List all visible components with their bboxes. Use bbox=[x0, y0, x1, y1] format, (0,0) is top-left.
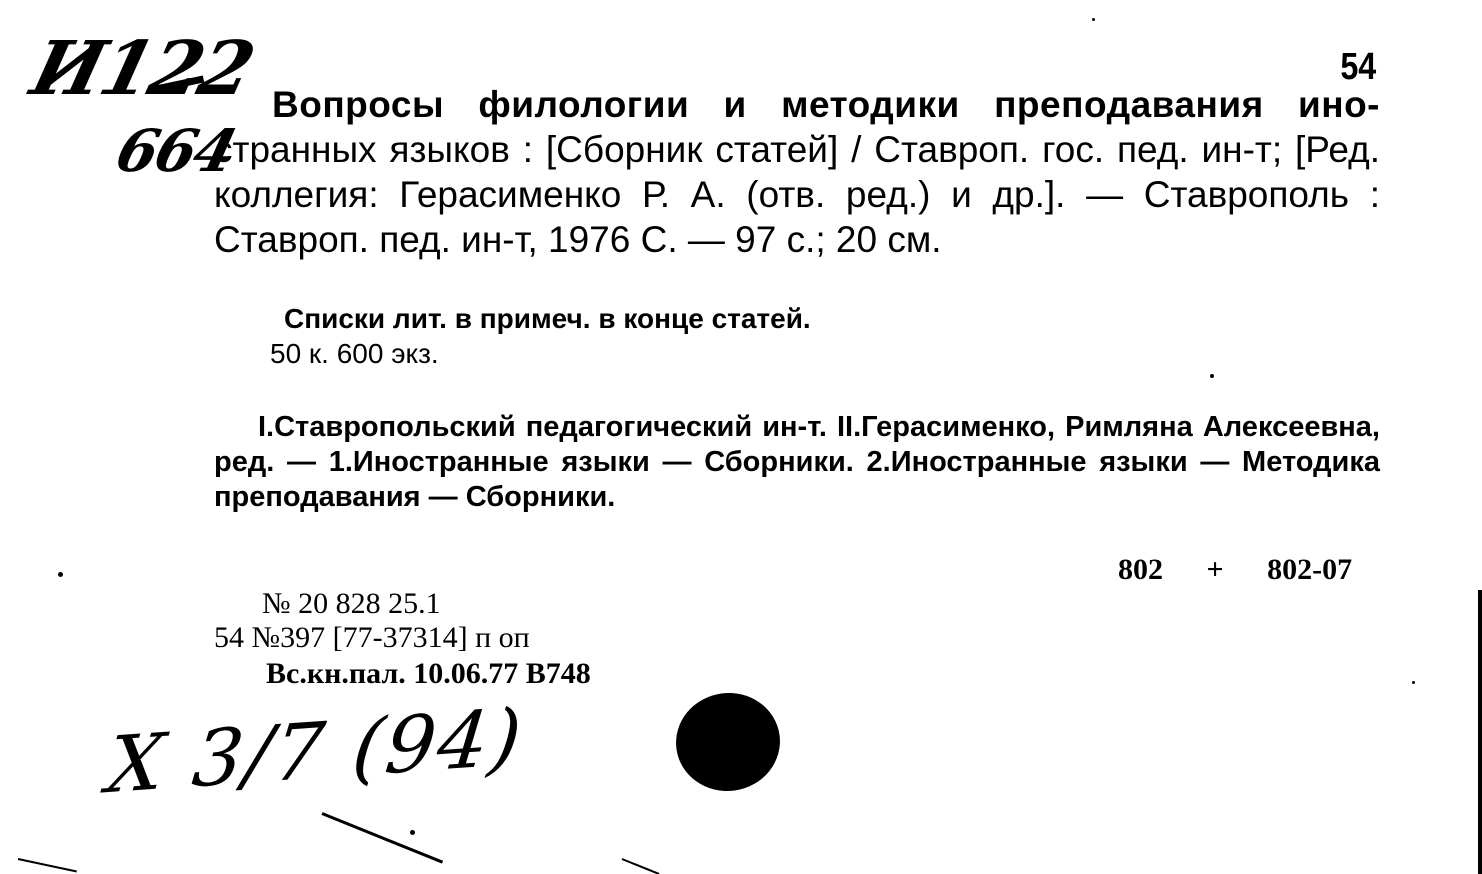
technical-line-1: № 20 828 25.1 bbox=[262, 587, 441, 621]
bibliography-note: Списки лит. в примеч. в конце статей. bbox=[284, 302, 811, 336]
classification-right: 802-07 bbox=[1267, 553, 1352, 586]
speck bbox=[1412, 681, 1415, 684]
classification: 802 + 802-07 bbox=[1118, 553, 1352, 587]
handwritten-note: Х 3/7 (94) bbox=[104, 698, 527, 806]
pen-stroke bbox=[321, 812, 443, 863]
main-entry: Вопросы филологии и методики преподавани… bbox=[214, 82, 1380, 262]
punch-hole bbox=[670, 686, 787, 798]
tracings: I.Ставропольский педагогический ин-т. II… bbox=[214, 410, 1380, 515]
speck bbox=[58, 572, 63, 577]
technical-line-3: Вс.кн.пал. 10.06.77 В748 bbox=[266, 657, 591, 691]
tracing-first: I.Ставропольский педагогический ин-т. II… bbox=[258, 411, 1193, 443]
pen-stroke-bottom bbox=[18, 858, 77, 872]
card-edge bbox=[1478, 590, 1482, 874]
price-print-run-note: 50 к. 600 экз. bbox=[270, 337, 439, 371]
technical-line-2: 54 №397 [77-37314] п оп bbox=[214, 621, 530, 655]
entry-description: странных языков : [Сборник статей] / Ста… bbox=[214, 129, 1380, 260]
entry-title: Вопросы филологии и методики преподавани… bbox=[272, 84, 1380, 125]
speck bbox=[1210, 374, 1214, 378]
catalog-card: И122 664 54 Вопросы филологии и методики… bbox=[0, 0, 1482, 874]
classification-sep: + bbox=[1207, 553, 1224, 586]
speck bbox=[1092, 18, 1095, 21]
speck bbox=[410, 830, 415, 835]
classification-left: 802 bbox=[1118, 553, 1163, 586]
pen-stroke-bottom-2 bbox=[622, 858, 660, 874]
